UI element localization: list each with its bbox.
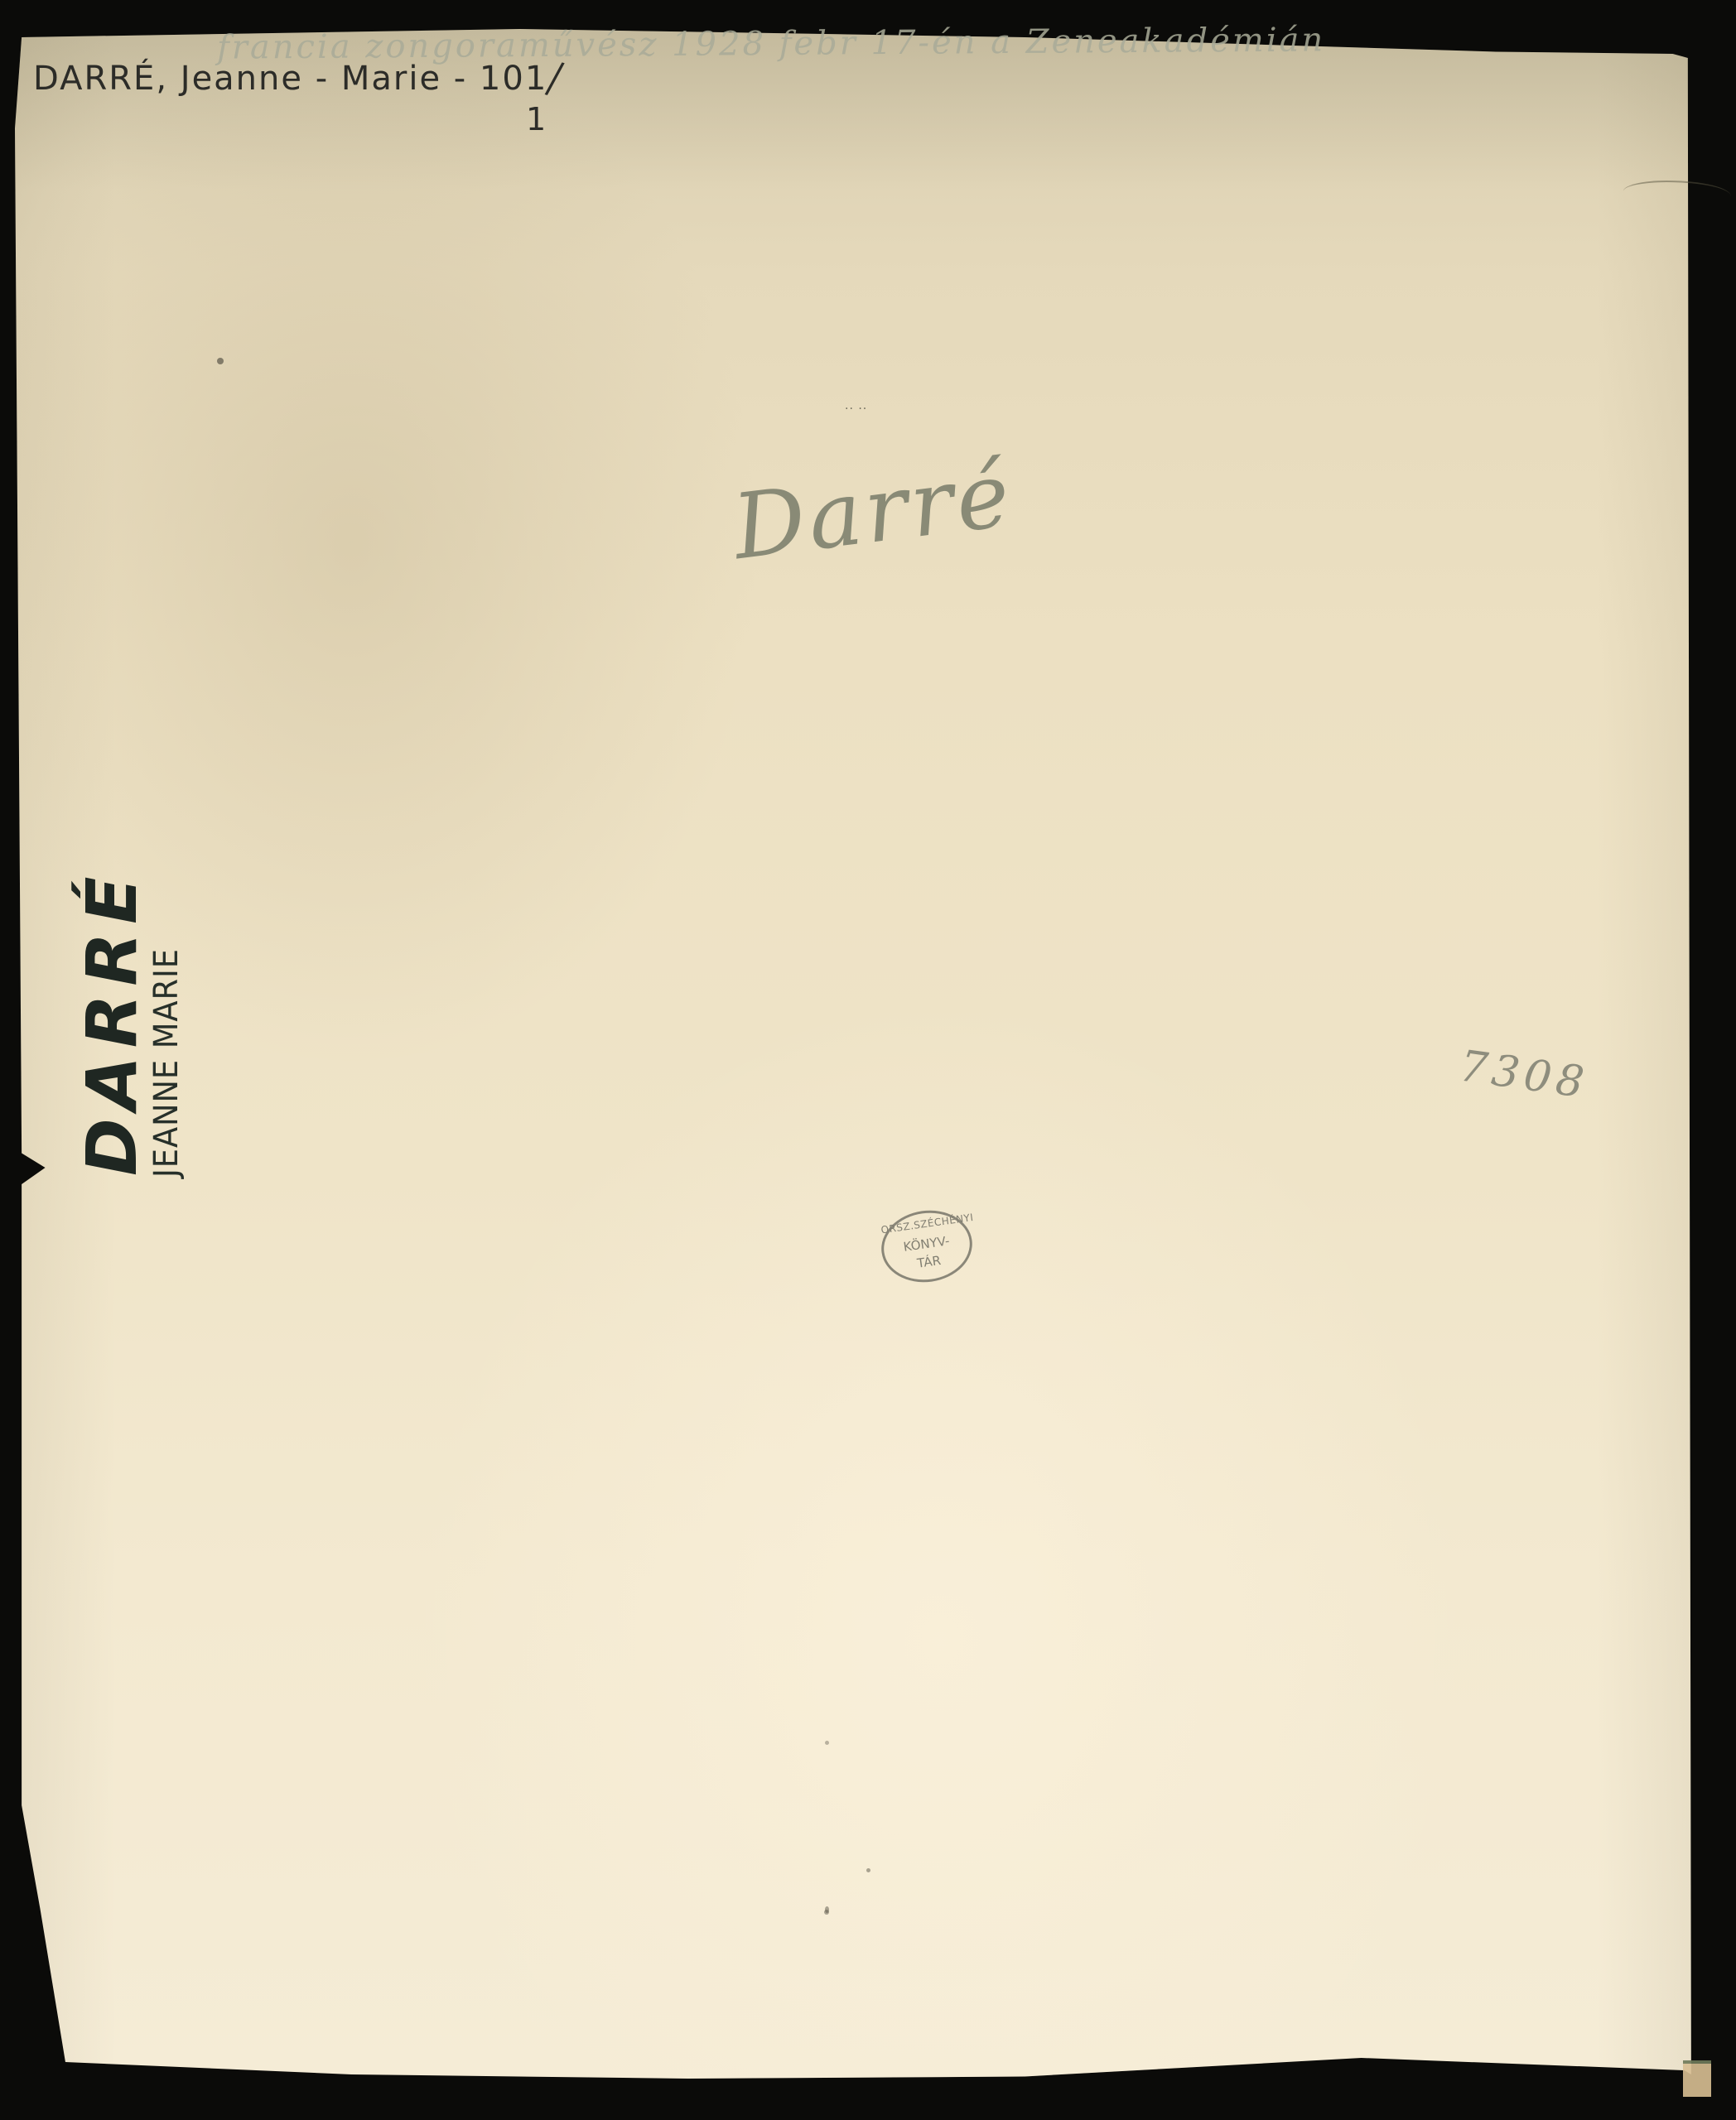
- corner-tape-remnant: [1683, 2060, 1711, 2097]
- paper-speck: [217, 358, 224, 364]
- catalog-surname: DARRÉ: [33, 60, 156, 98]
- catalog-separator: ,: [156, 60, 168, 98]
- paper-speck: [825, 1741, 829, 1745]
- catalog-number-sub: 1: [526, 101, 547, 137]
- catalog-number: 101: [480, 60, 547, 98]
- rotated-surname: DARRÉ: [71, 869, 152, 1176]
- small-mark: ·· ··: [845, 402, 867, 416]
- rotated-given-names: JEANNE MARIE: [147, 948, 186, 1178]
- paper-crease: [1623, 181, 1731, 207]
- catalog-entry: DARRÉ, Jeanne - Marie - 101/ 1: [33, 60, 562, 98]
- paper-speck: [825, 1906, 829, 1913]
- paper-sheet: [15, 25, 1698, 2095]
- rotated-name-label: DARRÉ JEANNE MARIE: [66, 870, 199, 1184]
- scanned-document: francia zongoraművész 1928 febr 17-én a …: [0, 0, 1736, 2120]
- paper-speck: [866, 1868, 870, 1872]
- catalog-given-names: Jeanne - Marie -: [181, 60, 467, 98]
